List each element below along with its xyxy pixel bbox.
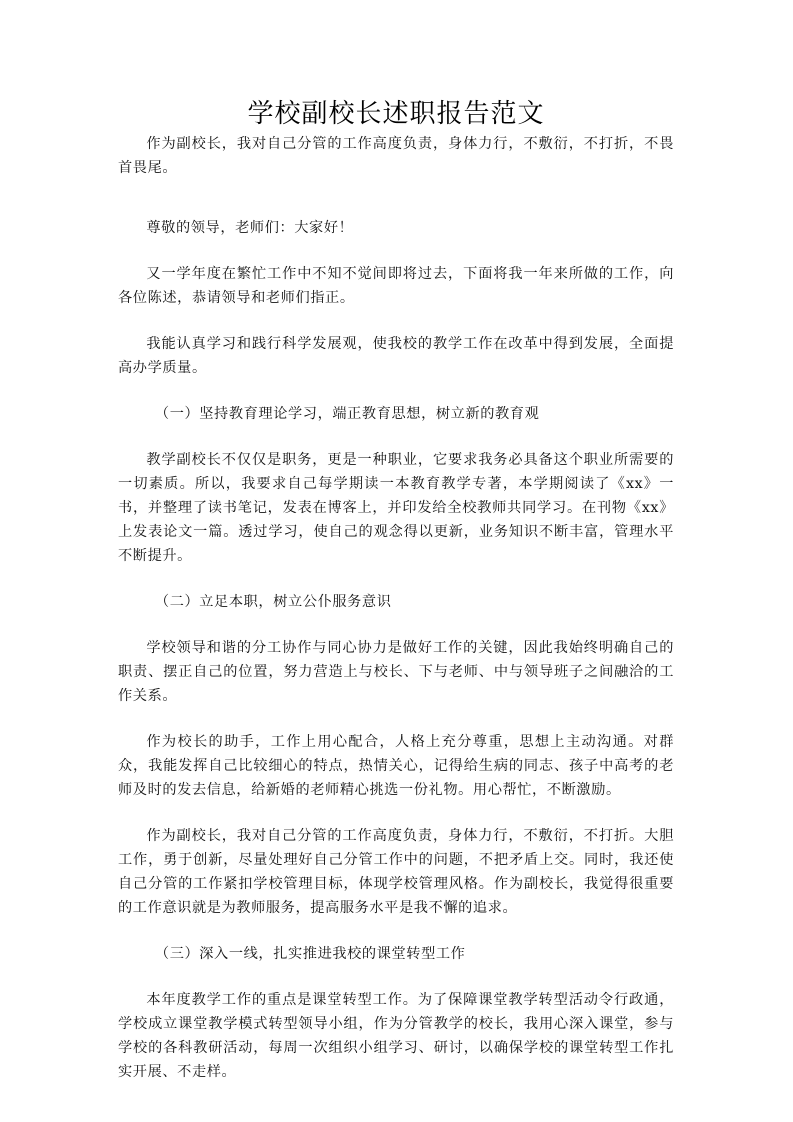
spacer (118, 614, 674, 636)
section-3-paragraph: 本年度教学工作的重点是课堂转型工作。为了保障课堂教学转型活动令行政通，学校成立课… (118, 988, 674, 1084)
spacer (118, 802, 674, 824)
spacer (118, 180, 674, 216)
greeting-paragraph: 尊敬的领导，老师们：大家好！ (118, 216, 674, 240)
spacer (118, 380, 674, 402)
spacer (118, 920, 674, 942)
document-page: 学校副校长述职报告范文 作为副校长，我对自己分管的工作高度负责，身体力行，不敷衍… (118, 96, 674, 1084)
document-title: 学校副校长述职报告范文 (118, 96, 674, 132)
section-heading-1: （一）坚持教育理论学习，端正教育思想，树立新的教育观 (118, 402, 674, 426)
spacer (118, 708, 674, 730)
body-paragraph: 又一学年度在繁忙工作中不知不觉间即将过去，下面将我一年来所做的工作，向各位陈述，… (118, 262, 674, 310)
body-paragraph: 我能认真学习和践行科学发展观，使我校的教学工作在改革中得到发展，全面提高办学质量… (118, 332, 674, 380)
section-heading-2: （二）立足本职，树立公仆服务意识 (118, 590, 674, 614)
section-heading-3: （三）深入一线，扎实推进我校的课堂转型工作 (118, 942, 674, 966)
spacer (118, 240, 674, 262)
intro-paragraph: 作为副校长，我对自己分管的工作高度负责，身体力行，不敷衍，不打折，不畏首畏尾。 (118, 132, 674, 180)
section-2-paragraph: 作为校长的助手，工作上用心配合，人格上充分尊重，思想上主动沟通。对群众，我能发挥… (118, 730, 674, 802)
spacer (118, 426, 674, 448)
section-2-paragraph: 作为副校长，我对自己分管的工作高度负责，身体力行，不敷衍，不打折。大胆工作，勇于… (118, 824, 674, 920)
section-2-paragraph: 学校领导和谐的分工协作与同心协力是做好工作的关键，因此我始终明确自己的职责、摆正… (118, 636, 674, 708)
section-1-paragraph: 教学副校长不仅仅是职务，更是一种职业，它要求我务必具备这个职业所需要的一切素质。… (118, 448, 674, 568)
spacer (118, 966, 674, 988)
spacer (118, 568, 674, 590)
spacer (118, 310, 674, 332)
